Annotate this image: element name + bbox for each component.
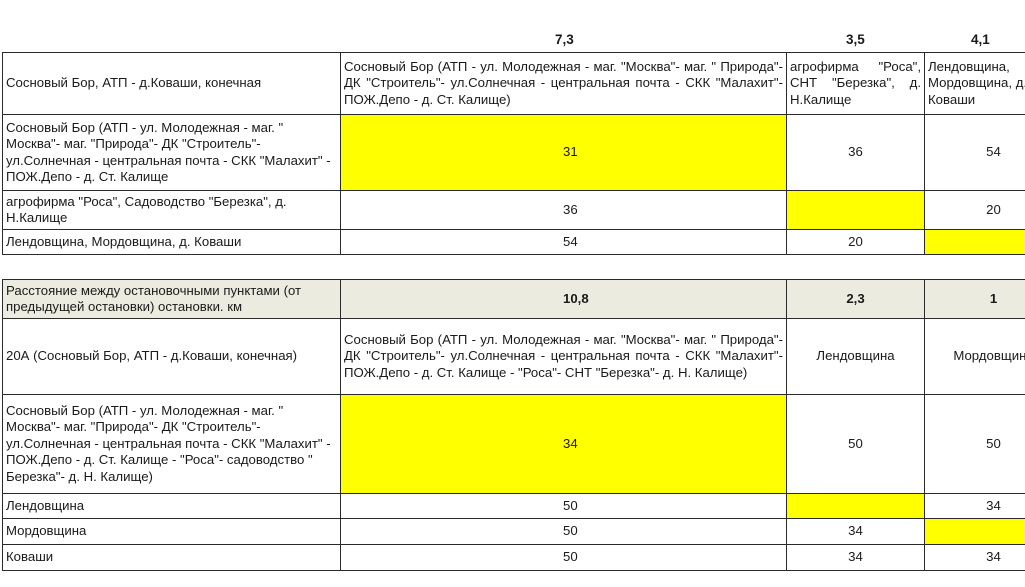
table2-header-row: 20А (Сосновый Бор, АТП - д.Коваши, конеч… xyxy=(3,319,1025,395)
table2-row3-cell1[interactable]: 50 xyxy=(341,519,787,545)
table2-row2-stop[interactable]: Лендовщина xyxy=(3,494,341,519)
table2-distance-1[interactable]: 10,8 xyxy=(341,280,787,319)
table2-row1-cell1[interactable]: 34 xyxy=(341,395,787,494)
table2-row2-cell1[interactable]: 50 xyxy=(341,494,787,519)
table1-row2-stop[interactable]: агрофирма "Роса", Садоводство "Березка",… xyxy=(3,191,341,230)
table1-row2-cell3[interactable]: 20 xyxy=(925,191,1025,230)
table2-distance-label[interactable]: Расстояние между остановочными пунктами … xyxy=(3,280,341,319)
table2-distance-2[interactable]: 2,3 xyxy=(787,280,925,319)
table2-row4-cell2[interactable]: 34 xyxy=(787,545,925,571)
table1-stop-header-2[interactable]: агрофирма "Роса", СНТ "Березка", д. Н.Ка… xyxy=(787,53,925,115)
table1-route-name[interactable]: Сосновый Бор, АТП - д.Коваши, конечная xyxy=(3,53,341,115)
table1-row3-stop[interactable]: Лендовщина, Мордовщина, д. Коваши xyxy=(3,230,341,255)
table1-row3-cell3[interactable] xyxy=(925,230,1025,255)
table1-distance-3[interactable]: 4,1 xyxy=(971,32,990,47)
table1-row3-cell1[interactable]: 54 xyxy=(341,230,787,255)
table2-row2-cell3[interactable]: 34 xyxy=(925,494,1025,519)
table2-row1-stop[interactable]: Сосновый Бор (АТП - ул. Молодежная - маг… xyxy=(3,395,341,494)
table1-row1-stop[interactable]: Сосновый Бор (АТП - ул. Молодежная - маг… xyxy=(3,115,341,191)
table2-stop-header-1[interactable]: Сосновый Бор (АТП - ул. Молодежная - маг… xyxy=(341,319,787,395)
table2-row3-cell2[interactable]: 34 xyxy=(787,519,925,545)
spreadsheet-view: 7,3 3,5 4,1 Сосновый Бор, АТП - д.Коваши… xyxy=(0,0,1025,587)
table2-row4-cell1[interactable]: 50 xyxy=(341,545,787,571)
table2-stop-header-2[interactable]: Лендовщина xyxy=(787,319,925,395)
table1-row2-cell2[interactable] xyxy=(787,191,925,230)
table2-stop-header-3[interactable]: Мордовщина xyxy=(925,319,1025,395)
table1-distance-1[interactable]: 7,3 xyxy=(555,32,574,47)
table1-row3-cell2[interactable]: 20 xyxy=(787,230,925,255)
table2-row3-cell3[interactable] xyxy=(925,519,1025,545)
fare-table-2: Расстояние между остановочными пунктами … xyxy=(2,279,1025,571)
table2-row3-stop[interactable]: Мордовщина xyxy=(3,519,341,545)
table-row: Мордовщина 50 34 xyxy=(3,519,1025,545)
table2-row4-stop[interactable]: Коваши xyxy=(3,545,341,571)
table1-row2-cell1[interactable]: 36 xyxy=(341,191,787,230)
table-row: Лендовщина, Мордовщина, д. Коваши 54 20 xyxy=(3,230,1025,255)
table1-distance-row: 7,3 3,5 4,1 xyxy=(2,32,1025,52)
table-row: агрофирма "Роса", Садоводство "Березка",… xyxy=(3,191,1025,230)
table2-row1-cell2[interactable]: 50 xyxy=(787,395,925,494)
table1-stop-header-1[interactable]: Сосновый Бор (АТП - ул. Молодежная - маг… xyxy=(341,53,787,115)
table1-row1-cell1[interactable]: 31 xyxy=(341,115,787,191)
table2-row4-cell3[interactable]: 34 xyxy=(925,545,1025,571)
table2-distance-3[interactable]: 1 xyxy=(925,280,1025,319)
table1-distance-2[interactable]: 3,5 xyxy=(846,32,865,47)
fare-table-1: Сосновый Бор, АТП - д.Коваши, конечная С… xyxy=(2,52,1025,255)
table2-row2-cell2[interactable] xyxy=(787,494,925,519)
table1-row1-cell2[interactable]: 36 xyxy=(787,115,925,191)
table2-distance-row: Расстояние между остановочными пунктами … xyxy=(3,280,1025,319)
table-row: Лендовщина 50 34 xyxy=(3,494,1025,519)
table-row: Коваши 50 34 34 xyxy=(3,545,1025,571)
table-row: Сосновый Бор (АТП - ул. Молодежная - маг… xyxy=(3,395,1025,494)
table1-row1-cell3[interactable]: 54 xyxy=(925,115,1025,191)
table-row: Сосновый Бор (АТП - ул. Молодежная - маг… xyxy=(3,115,1025,191)
table1-header-row: Сосновый Бор, АТП - д.Коваши, конечная С… xyxy=(3,53,1025,115)
table2-row1-cell3[interactable]: 50 xyxy=(925,395,1025,494)
table2-route-name[interactable]: 20А (Сосновый Бор, АТП - д.Коваши, конеч… xyxy=(3,319,341,395)
table1-stop-header-3[interactable]: Лендовщина, Мордовщина, д. Коваши xyxy=(925,53,1025,115)
